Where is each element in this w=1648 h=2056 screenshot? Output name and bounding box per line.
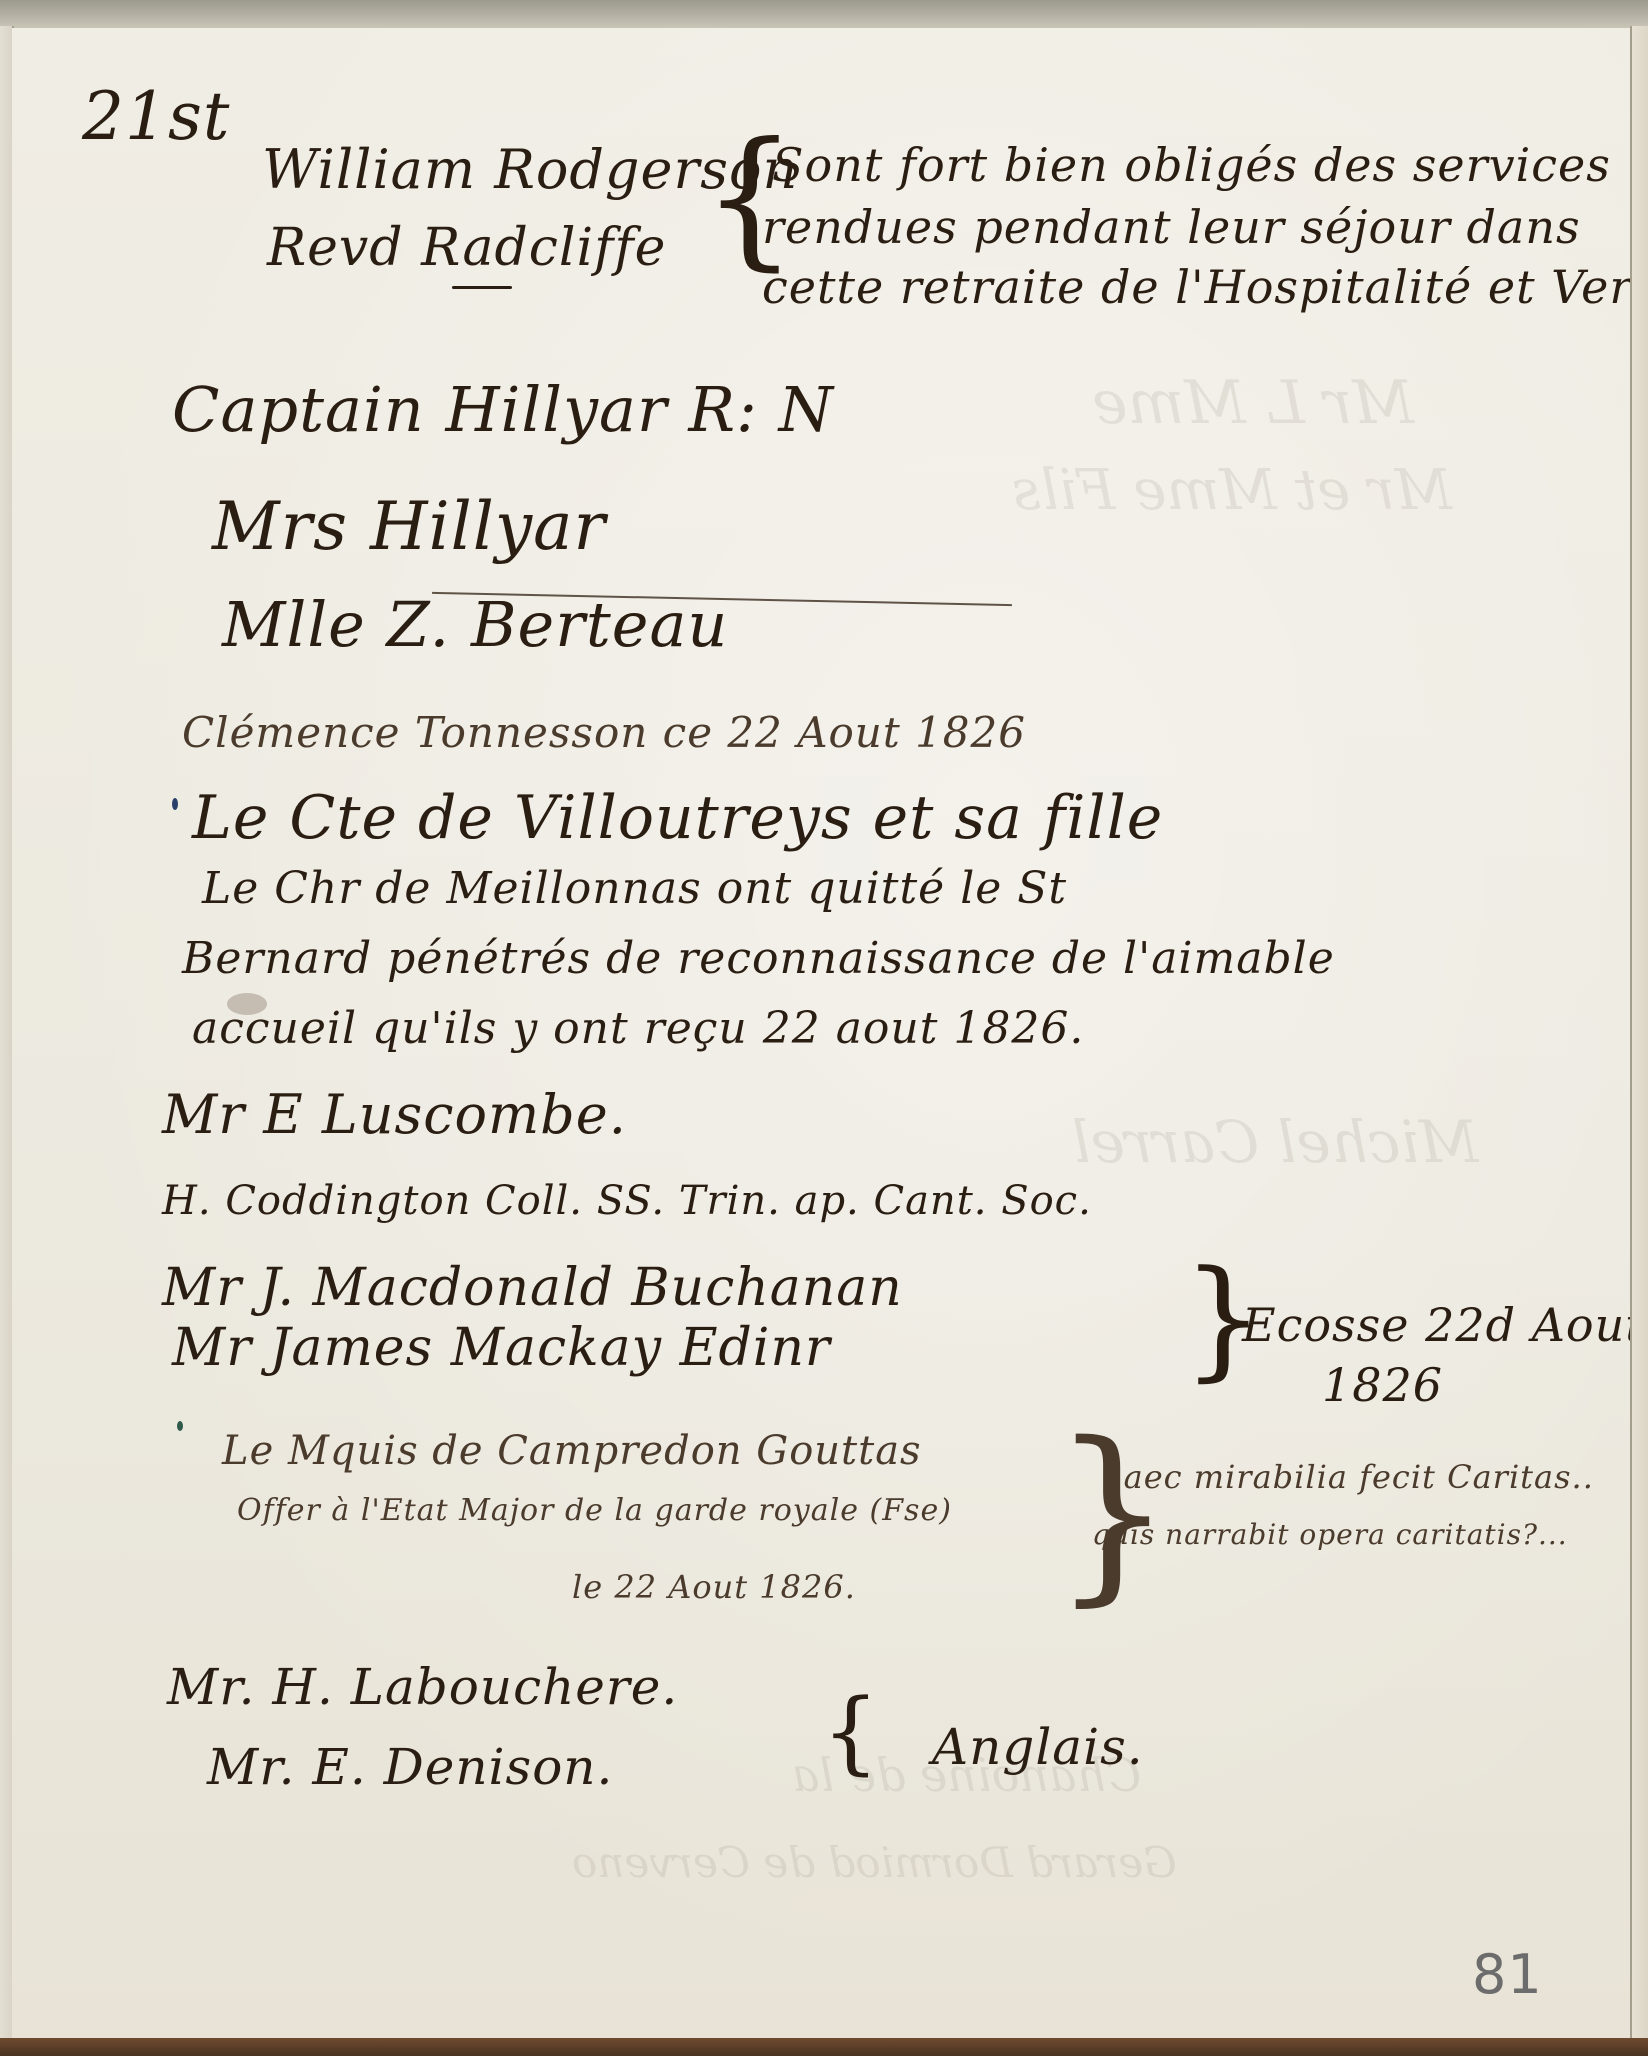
- signature-line: Offer à l'Etat Major de la garde royale …: [237, 1493, 952, 1528]
- signature-name: Revd Radcliffe: [267, 218, 666, 278]
- signature-name: Mlle Z. Berteau: [222, 588, 728, 661]
- ink-smudge: [227, 993, 267, 1015]
- signature-name: Mr J. Macdonald Buchanan: [162, 1258, 903, 1318]
- note-line: Ecosse 22d Aout: [1242, 1298, 1645, 1352]
- date-marker: 21st: [82, 78, 230, 155]
- signature-name: Mr E Luscombe.: [162, 1083, 627, 1146]
- signature-line: Clémence Tonnesson ce 22 Aout 1826: [182, 708, 1026, 757]
- note-line: Anglais.: [932, 1718, 1144, 1776]
- signature-line: Le Cte de Villoutreys et sa fille: [192, 783, 1163, 853]
- note-line: cette retraite de l'Hospitalité et Vertu…: [762, 260, 1648, 314]
- signature-name: Mrs Hillyar: [212, 488, 606, 565]
- book-top-edge: [0, 0, 1648, 28]
- note-line: quis narrabit opera caritatis?...: [1092, 1518, 1568, 1551]
- manuscript-page: Mr L Mme Mr et Mme Fils Michel Carrel Ch…: [12, 28, 1632, 2038]
- bleed-through-text: Mr et Mme Fils: [1012, 458, 1452, 523]
- signature-line: H. Coddington Coll. SS. Trin. ap. Cant. …: [162, 1178, 1092, 1224]
- note-line: rendues pendant leur séjour dans: [762, 200, 1581, 254]
- bleed-through-text: Mr L Mme: [1092, 368, 1414, 438]
- grouping-brace: }: [1052, 1418, 1173, 1608]
- note-line: 1826: [1322, 1358, 1443, 1412]
- page-number: 81: [1472, 1943, 1543, 2006]
- signature-line: Le Chr de Meillonnas ont quitté le St: [202, 863, 1067, 914]
- signature-name: Mr. H. Labouchere.: [167, 1658, 678, 1716]
- signature-name: Captain Hillyar R: N: [172, 373, 834, 446]
- signature-line: le 22 Aout 1826.: [572, 1568, 856, 1606]
- note-line: haec mirabilia fecit Caritas..: [1102, 1458, 1594, 1496]
- ink-blot: [177, 1421, 183, 1431]
- book-fore-edge: [1630, 26, 1648, 2056]
- signature-line: accueil qu'ils y ont reçu 22 aout 1826.: [192, 1003, 1084, 1054]
- signature-name: Mr. E. Denison.: [207, 1738, 613, 1796]
- signature-line: Le Mquis de Campredon Gouttas: [222, 1428, 922, 1474]
- ink-blot: [172, 798, 178, 810]
- note-line: Sont fort bien obligés des services: [772, 138, 1611, 192]
- underline-flourish: [452, 286, 512, 289]
- signature-line: Bernard pénétrés de reconnaissance de l'…: [182, 933, 1335, 984]
- grouping-brace: {: [822, 1688, 879, 1778]
- bleed-through-text: Michel Carrel: [1072, 1108, 1478, 1176]
- book-bottom-edge: [0, 2038, 1648, 2056]
- bleed-through-text: Gerard Dormiod de Cerveno: [572, 1838, 1177, 1887]
- signature-name: Mr James Mackay Edinr: [172, 1318, 831, 1378]
